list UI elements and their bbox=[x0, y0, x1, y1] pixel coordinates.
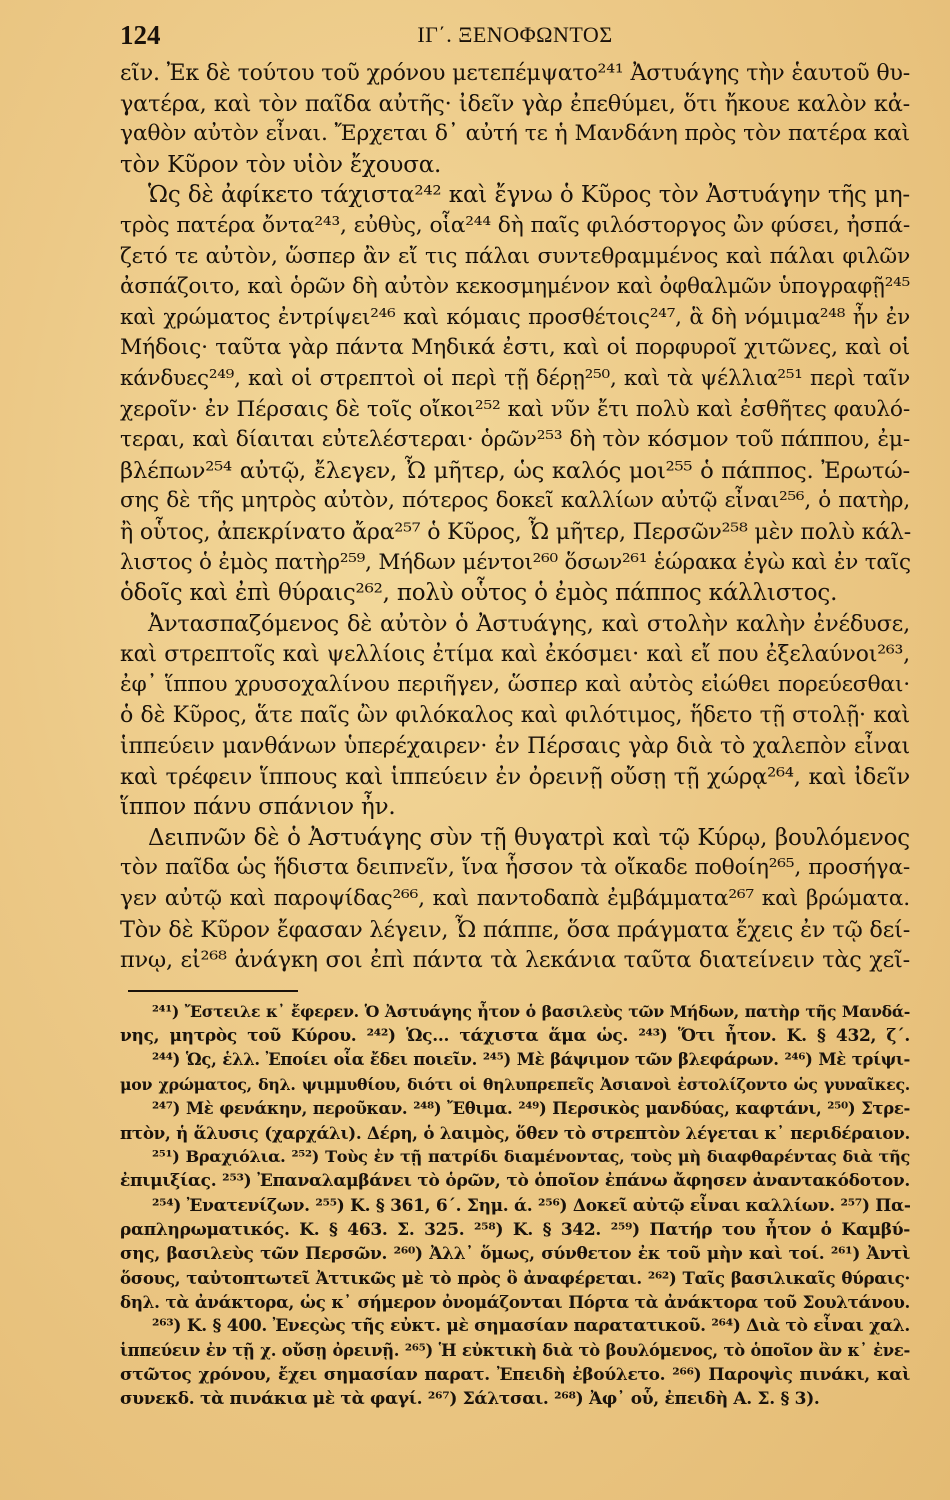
footnote-line: σης, βασιλεὺς τῶν Περσῶν. ²⁶⁰) Ἀλλ᾽ ὅμως… bbox=[120, 1242, 910, 1266]
text-line: ἐφ᾽ ἵππου χρυσοχαλίνου περιῆγεν, ὥσπερ κ… bbox=[120, 670, 910, 701]
text-line: Ὡς δὲ ἀφίκετο τάχιστα²⁴² καὶ ἔγνω ὁ Κῦρο… bbox=[120, 180, 910, 211]
footnote-line: ²⁵¹) Βραχιόλια. ²⁵²) Τοὺς ἐν τῇ πατρίδι … bbox=[120, 1145, 910, 1169]
text-line: καὶ στρεπτοῖς καὶ ψελλίοις ἐτίμα καὶ ἐκό… bbox=[120, 639, 910, 670]
text-line: γαθὸν αὐτὸν εἶναι. Ἔρχεται δ᾽ αὐτή τε ἡ … bbox=[120, 119, 910, 150]
footnote-line: μον χρώματος, δηλ. ψιμμυθίου, διότι οἱ θ… bbox=[120, 1073, 910, 1097]
footnote-line: ²⁶³) Κ. § 400. Ἐνεςὼς τῆς εὐκτ. μὲ σημασ… bbox=[120, 1314, 910, 1338]
text-line: ἱππεύειν μανθάνων ὑπερέχαιρεν· ἐν Πέρσαι… bbox=[120, 731, 910, 762]
text-line: καὶ τρέφειν ἵππους καὶ ἱππεύειν ἐν ὀρειν… bbox=[120, 762, 910, 793]
text-line: τεραι, καὶ δίαιται εὐτελέστεραι· ὁρῶν²⁵³… bbox=[120, 425, 910, 456]
footnote-line: συνεκδ. τὰ πινάκια μὲ τὰ φαγί. ²⁶⁷) Σάλτ… bbox=[120, 1387, 910, 1411]
footnote-line: ἱππεύειν ἐν τῇ χ. οὔσῃ ὀρεινῇ. ²⁶⁵) Ἡ εὐ… bbox=[120, 1339, 910, 1363]
text-line: ζετό τε αὐτὸν, ὥσπερ ἂν εἴ τις πάλαι συν… bbox=[120, 242, 910, 273]
text-line: ἵππον πάνυ σπάνιον ἦν. bbox=[120, 792, 910, 823]
text-line: λιστος ὁ ἐμὸς πατὴρ²⁵⁹, Μήδων μέντοι²⁶⁰ … bbox=[120, 548, 910, 579]
footnote-line: ὅσους, ταὐτοπτωτεῖ Ἀττικῶς μὲ τὸ πρὸς ὃ … bbox=[120, 1266, 910, 1290]
text-line: τὸν Κῦρον τὸν υἱὸν ἔχουσα. bbox=[120, 150, 910, 181]
text-line: Ἀντασπαζόμενος δὲ αὐτὸν ὁ Ἀστυάγης, καὶ … bbox=[120, 609, 910, 640]
text-line: Μήδοις· ταῦτα γὰρ πάντα Μηδικά ἐστι, καὶ… bbox=[120, 333, 910, 364]
text-line: κάνδυες²⁴⁹, καὶ οἱ στρεπτοὶ οἱ περὶ τῇ δ… bbox=[120, 364, 910, 395]
text-line: τρὸς πατέρα ὄντα²⁴³, εὐθὺς, οἷα²⁴⁴ δὴ πα… bbox=[120, 211, 910, 242]
text-line: γατέρα, καὶ τὸν παῖδα αὐτῆς· ἰδεῖν γὰρ ἐ… bbox=[120, 89, 910, 120]
footnote-line: ²⁴¹) Ἔστειλε κ᾽ ἔφερεν. Ὁ Ἀστυάγης ἦτον … bbox=[120, 1000, 910, 1024]
footnote-line: στῶτος χρόνου, ἔχει σημασίαν παρατ. Ἐπει… bbox=[120, 1363, 910, 1387]
footnote-separator bbox=[128, 990, 298, 992]
text-line: ἀσπάζοιτο, καὶ ὁρῶν δὴ αὐτὸν κεκοσμημένο… bbox=[120, 272, 910, 303]
text-line: πνῳ, εἰ²⁶⁸ ἀνάγκη σοι ἐπὶ πάντα τὰ λεκάν… bbox=[120, 945, 910, 976]
text-line: ὁ δὲ Κῦρος, ἅτε παῖς ὢν φιλόκαλος καὶ φι… bbox=[120, 700, 910, 731]
footnote-line: ²⁵⁴) Ἐνατενίζων. ²⁵⁵) Κ. § 361, 6΄. Σημ.… bbox=[120, 1194, 910, 1218]
footnote-line: δηλ. τὰ ἀνάκτορα, ὡς κ᾽ σήμερον ὀνομάζον… bbox=[120, 1290, 910, 1314]
main-text: εῖν. Ἐκ δὲ τούτου τοῦ χρόνου μετεπέμψατο… bbox=[120, 58, 910, 976]
page-header: 124 ΙΓ΄. ΞΕΝΟΦΩΝΤΟΣ bbox=[120, 20, 910, 60]
running-title: ΙΓ΄. ΞΕΝΟΦΩΝΤΟΣ bbox=[120, 22, 910, 48]
footnote-line: πτὸν, ἡ ἅλυσις (χαρχάλι). Δέρη, ὁ λαιμὸς… bbox=[120, 1121, 910, 1145]
text-line: ἢ οὗτος, ἀπεκρίνατο ἄρα²⁵⁷ ὁ Κῦρος, Ὦ μῆ… bbox=[120, 517, 910, 548]
text-line: Δειπνῶν δὲ ὁ Ἀστυάγης σὺν τῇ θυγατρὶ καὶ… bbox=[120, 823, 910, 854]
text-line: τὸν παῖδα ὡς ἥδιστα δειπνεῖν, ἵνα ἧσσον … bbox=[120, 853, 910, 884]
text-line: ὁδοῖς καὶ ἐπὶ θύραις²⁶², πολὺ οὗτος ὁ ἐμ… bbox=[120, 578, 910, 609]
text-line: καὶ χρώματος ἐντρίψει²⁴⁶ καὶ κόμαις προσ… bbox=[120, 303, 910, 334]
footnote-line: ραπληρωματικός. Κ. § 463. Σ. 325. ²⁵⁸) Κ… bbox=[120, 1218, 910, 1242]
text-line: Τὸν δὲ Κῦρον ἔφασαν λέγειν, Ὦ πάππε, ὅσα… bbox=[120, 915, 910, 946]
footnote-line: ²⁴⁴) Ὡς, ἑλλ. Ἐποίει οἷα ἔδει ποιεῖν. ²⁴… bbox=[120, 1048, 910, 1072]
footnote-line: ἐπιμιξίας. ²⁵³) Ἐπαναλαμβάνει τὸ ὁρῶν, τ… bbox=[120, 1169, 910, 1193]
text-line: σης δὲ τῆς μητρὸς αὐτὸν, πότερος δοκεῖ κ… bbox=[120, 486, 910, 517]
text-line: εῖν. Ἐκ δὲ τούτου τοῦ χρόνου μετεπέμψατο… bbox=[120, 58, 910, 89]
text-line: βλέπων²⁵⁴ αὐτῷ, ἔλεγεν, Ὦ μῆτερ, ὡς καλό… bbox=[120, 456, 910, 487]
text-line: γεν αὐτῷ καὶ παροψίδας²⁶⁶, καὶ παντοδαπὰ… bbox=[120, 884, 910, 915]
text-line: χεροῖν· ἐν Πέρσαις δὲ τοῖς οἴκοι²⁵² καὶ … bbox=[120, 395, 910, 426]
footnote-line: νης, μητρὸς τοῦ Κύρου. ²⁴²) Ὡς... τάχιστ… bbox=[120, 1024, 910, 1048]
footnotes: ²⁴¹) Ἔστειλε κ᾽ ἔφερεν. Ὁ Ἀστυάγης ἦτον … bbox=[120, 1000, 910, 1411]
footnote-line: ²⁴⁷) Μὲ φενάκην, περοῦκαν. ²⁴⁸) Ἔθιμα. ²… bbox=[120, 1097, 910, 1121]
